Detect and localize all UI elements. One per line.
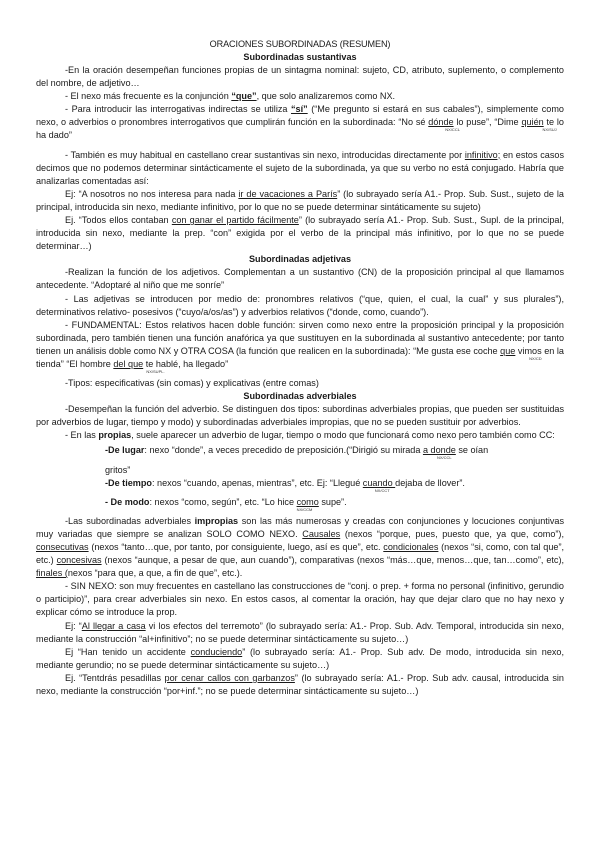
text: - Para introducir las interrogativas ind… bbox=[65, 104, 291, 114]
text: quién bbox=[521, 117, 543, 127]
text: (nexos “tanto…que, por tanto, por consig… bbox=[89, 542, 384, 552]
paragraph: - También es muy habitual en castellano … bbox=[36, 149, 564, 188]
underlined-term: “que” bbox=[231, 91, 256, 101]
text: Ej: “ bbox=[65, 621, 82, 631]
underlined-term: a dondeNX/CCL bbox=[423, 445, 456, 455]
heading-adjetivas: Subordinadas adjetivas bbox=[36, 253, 564, 266]
paragraph: -Las subordinadas adverbiales impropias … bbox=[36, 515, 564, 580]
text: supe”. bbox=[319, 497, 347, 507]
underlined-term: consecutivas bbox=[36, 542, 89, 552]
underlined-term: del queNX/SUPL. bbox=[113, 359, 143, 369]
text: : nexos “cuando, apenas, mientras”, etc.… bbox=[152, 478, 363, 488]
syntax-label: NX/SUPL. bbox=[117, 369, 164, 374]
paragraph: - En las propias, suele aparecer un adve… bbox=[36, 429, 564, 442]
underlined-term: Al llegar a casa bbox=[82, 621, 146, 631]
paragraph: - Para introducir las interrogativas ind… bbox=[36, 103, 564, 142]
underlined-term: con ganar el partido fácilmente bbox=[172, 215, 299, 225]
underlined-term: queNX/CD bbox=[500, 346, 515, 356]
example-modo: - De modo: nexos “como, según”, etc. “Lo… bbox=[36, 496, 564, 509]
underlined-term: condicionales bbox=[383, 542, 438, 552]
bold-term: -De tiempo bbox=[105, 478, 152, 488]
bold-term: impropias bbox=[195, 516, 238, 526]
paragraph: Ej. “Tentdrás pesadillas por cenar callo… bbox=[36, 672, 564, 698]
underlined-term: concesivas bbox=[57, 555, 102, 565]
text: -Las subordinadas adverbiales bbox=[65, 516, 195, 526]
paragraph: - El nexo más frecuente es la conjunción… bbox=[36, 90, 564, 103]
paragraph: - SIN NEXO: son muy frecuentes en castel… bbox=[36, 580, 564, 619]
text: : nexo “donde”, a veces precedido de pre… bbox=[144, 445, 423, 455]
text: Ej: “A nosotros no nos interesa para nad… bbox=[65, 189, 238, 199]
example-lugar-cont: gritos” bbox=[36, 464, 564, 477]
text: , suele aparecer un adverbio de lugar, t… bbox=[131, 430, 555, 440]
document-title: ORACIONES SUBORDINADAS (RESUMEN) bbox=[36, 38, 564, 51]
underlined-term: dóndeNX/CCL bbox=[428, 117, 453, 127]
text: Ej. “Todos ellos contaban bbox=[65, 215, 172, 225]
text: dónde bbox=[428, 117, 453, 127]
text: como bbox=[297, 497, 319, 507]
document-page: ORACIONES SUBORDINADAS (RESUMEN) Subordi… bbox=[36, 38, 564, 698]
paragraph: -Tipos: especificativas (sin comas) y ex… bbox=[36, 377, 564, 390]
syntax-label: NX/CCL bbox=[416, 127, 460, 132]
text: nexos “para que, a que, a fin de que”, e… bbox=[68, 568, 242, 578]
text: cuando bbox=[363, 478, 395, 488]
example-lugar: -De lugar: nexo “donde”, a veces precedi… bbox=[36, 444, 564, 457]
text: que bbox=[500, 346, 515, 356]
paragraph: -Realizan la función de los adjetivos. C… bbox=[36, 266, 564, 292]
text: - El nexo más frecuente es la conjunción bbox=[65, 91, 231, 101]
syntax-label: NX/CCL bbox=[437, 455, 452, 460]
syntax-label: NX/CCM bbox=[297, 507, 313, 512]
example-tiempo: -De tiempo: nexos “cuando, apenas, mient… bbox=[36, 477, 564, 490]
text: dejaba de llover”. bbox=[395, 478, 465, 488]
underlined-term: quiénNX/SUJ bbox=[521, 117, 543, 127]
paragraph: Ej: “A nosotros no nos interesa para nad… bbox=[36, 188, 564, 214]
bold-term: propias bbox=[98, 430, 131, 440]
syntax-label: NX/CCT bbox=[375, 488, 390, 493]
heading-adverbiales: Subordinadas adverbiales bbox=[36, 390, 564, 403]
text: - En las bbox=[65, 430, 98, 440]
paragraph: - FUNDAMENTAL: Estos relativos hacen dob… bbox=[36, 319, 564, 371]
paragraph: - Las adjetivas se introducen por medio … bbox=[36, 293, 564, 319]
bold-term: -De lugar bbox=[105, 445, 144, 455]
underlined-term: cuando NX/CCT bbox=[363, 478, 395, 488]
text: se oían bbox=[456, 445, 488, 455]
text: - También es muy habitual en castellano … bbox=[65, 150, 465, 160]
underlined-term: por cenar callos con garbanzos bbox=[165, 673, 295, 683]
text: (nexos “porque, pues, puesto que, ya que… bbox=[340, 529, 564, 539]
text: Ej. “Tentdrás pesadillas bbox=[65, 673, 165, 683]
paragraph: -Desempeñan la función del adverbio. Se … bbox=[36, 403, 564, 429]
underlined-term: finales ( bbox=[36, 568, 68, 578]
text: Ej “Han tenido un accidente bbox=[65, 647, 191, 657]
syntax-label: NX/SUJ bbox=[513, 127, 556, 132]
text: a donde bbox=[423, 445, 456, 455]
paragraph: -En la oración desempeñan funciones prop… bbox=[36, 64, 564, 90]
text: : nexos “como, según”, etc. “Lo hice bbox=[149, 497, 296, 507]
text: - FUNDAMENTAL: Estos relativos hacen dob… bbox=[36, 320, 564, 356]
paragraph: Ej: “Al llegar a casa vi los efectos del… bbox=[36, 620, 564, 646]
underlined-term: “sí” bbox=[291, 104, 308, 114]
bold-term: - De modo bbox=[105, 497, 149, 507]
text: lo puse”, “Dime bbox=[454, 117, 522, 127]
paragraph: Ej. “Todos ellos contaban con ganar el p… bbox=[36, 214, 564, 253]
underlined-term: Causales bbox=[302, 529, 340, 539]
text: te hablé, ha llegado” bbox=[143, 359, 228, 369]
underlined-term: conduciendo bbox=[191, 647, 243, 657]
heading-sustantivas: Subordinadas sustantivas bbox=[36, 51, 564, 64]
underlined-term: comoNX/CCM bbox=[297, 497, 319, 507]
text: , que solo analizaremos como NX. bbox=[257, 91, 396, 101]
paragraph: Ej “Han tenido un accidente conduciendo”… bbox=[36, 646, 564, 672]
text: del que bbox=[113, 359, 143, 369]
underlined-term: infinitivo; bbox=[465, 150, 500, 160]
syntax-label: NX/CD bbox=[500, 356, 541, 361]
text: (nexos “aunque, a pesar de que, aun cuan… bbox=[102, 555, 564, 565]
underlined-term: ir de vacaciones a París bbox=[238, 189, 337, 199]
